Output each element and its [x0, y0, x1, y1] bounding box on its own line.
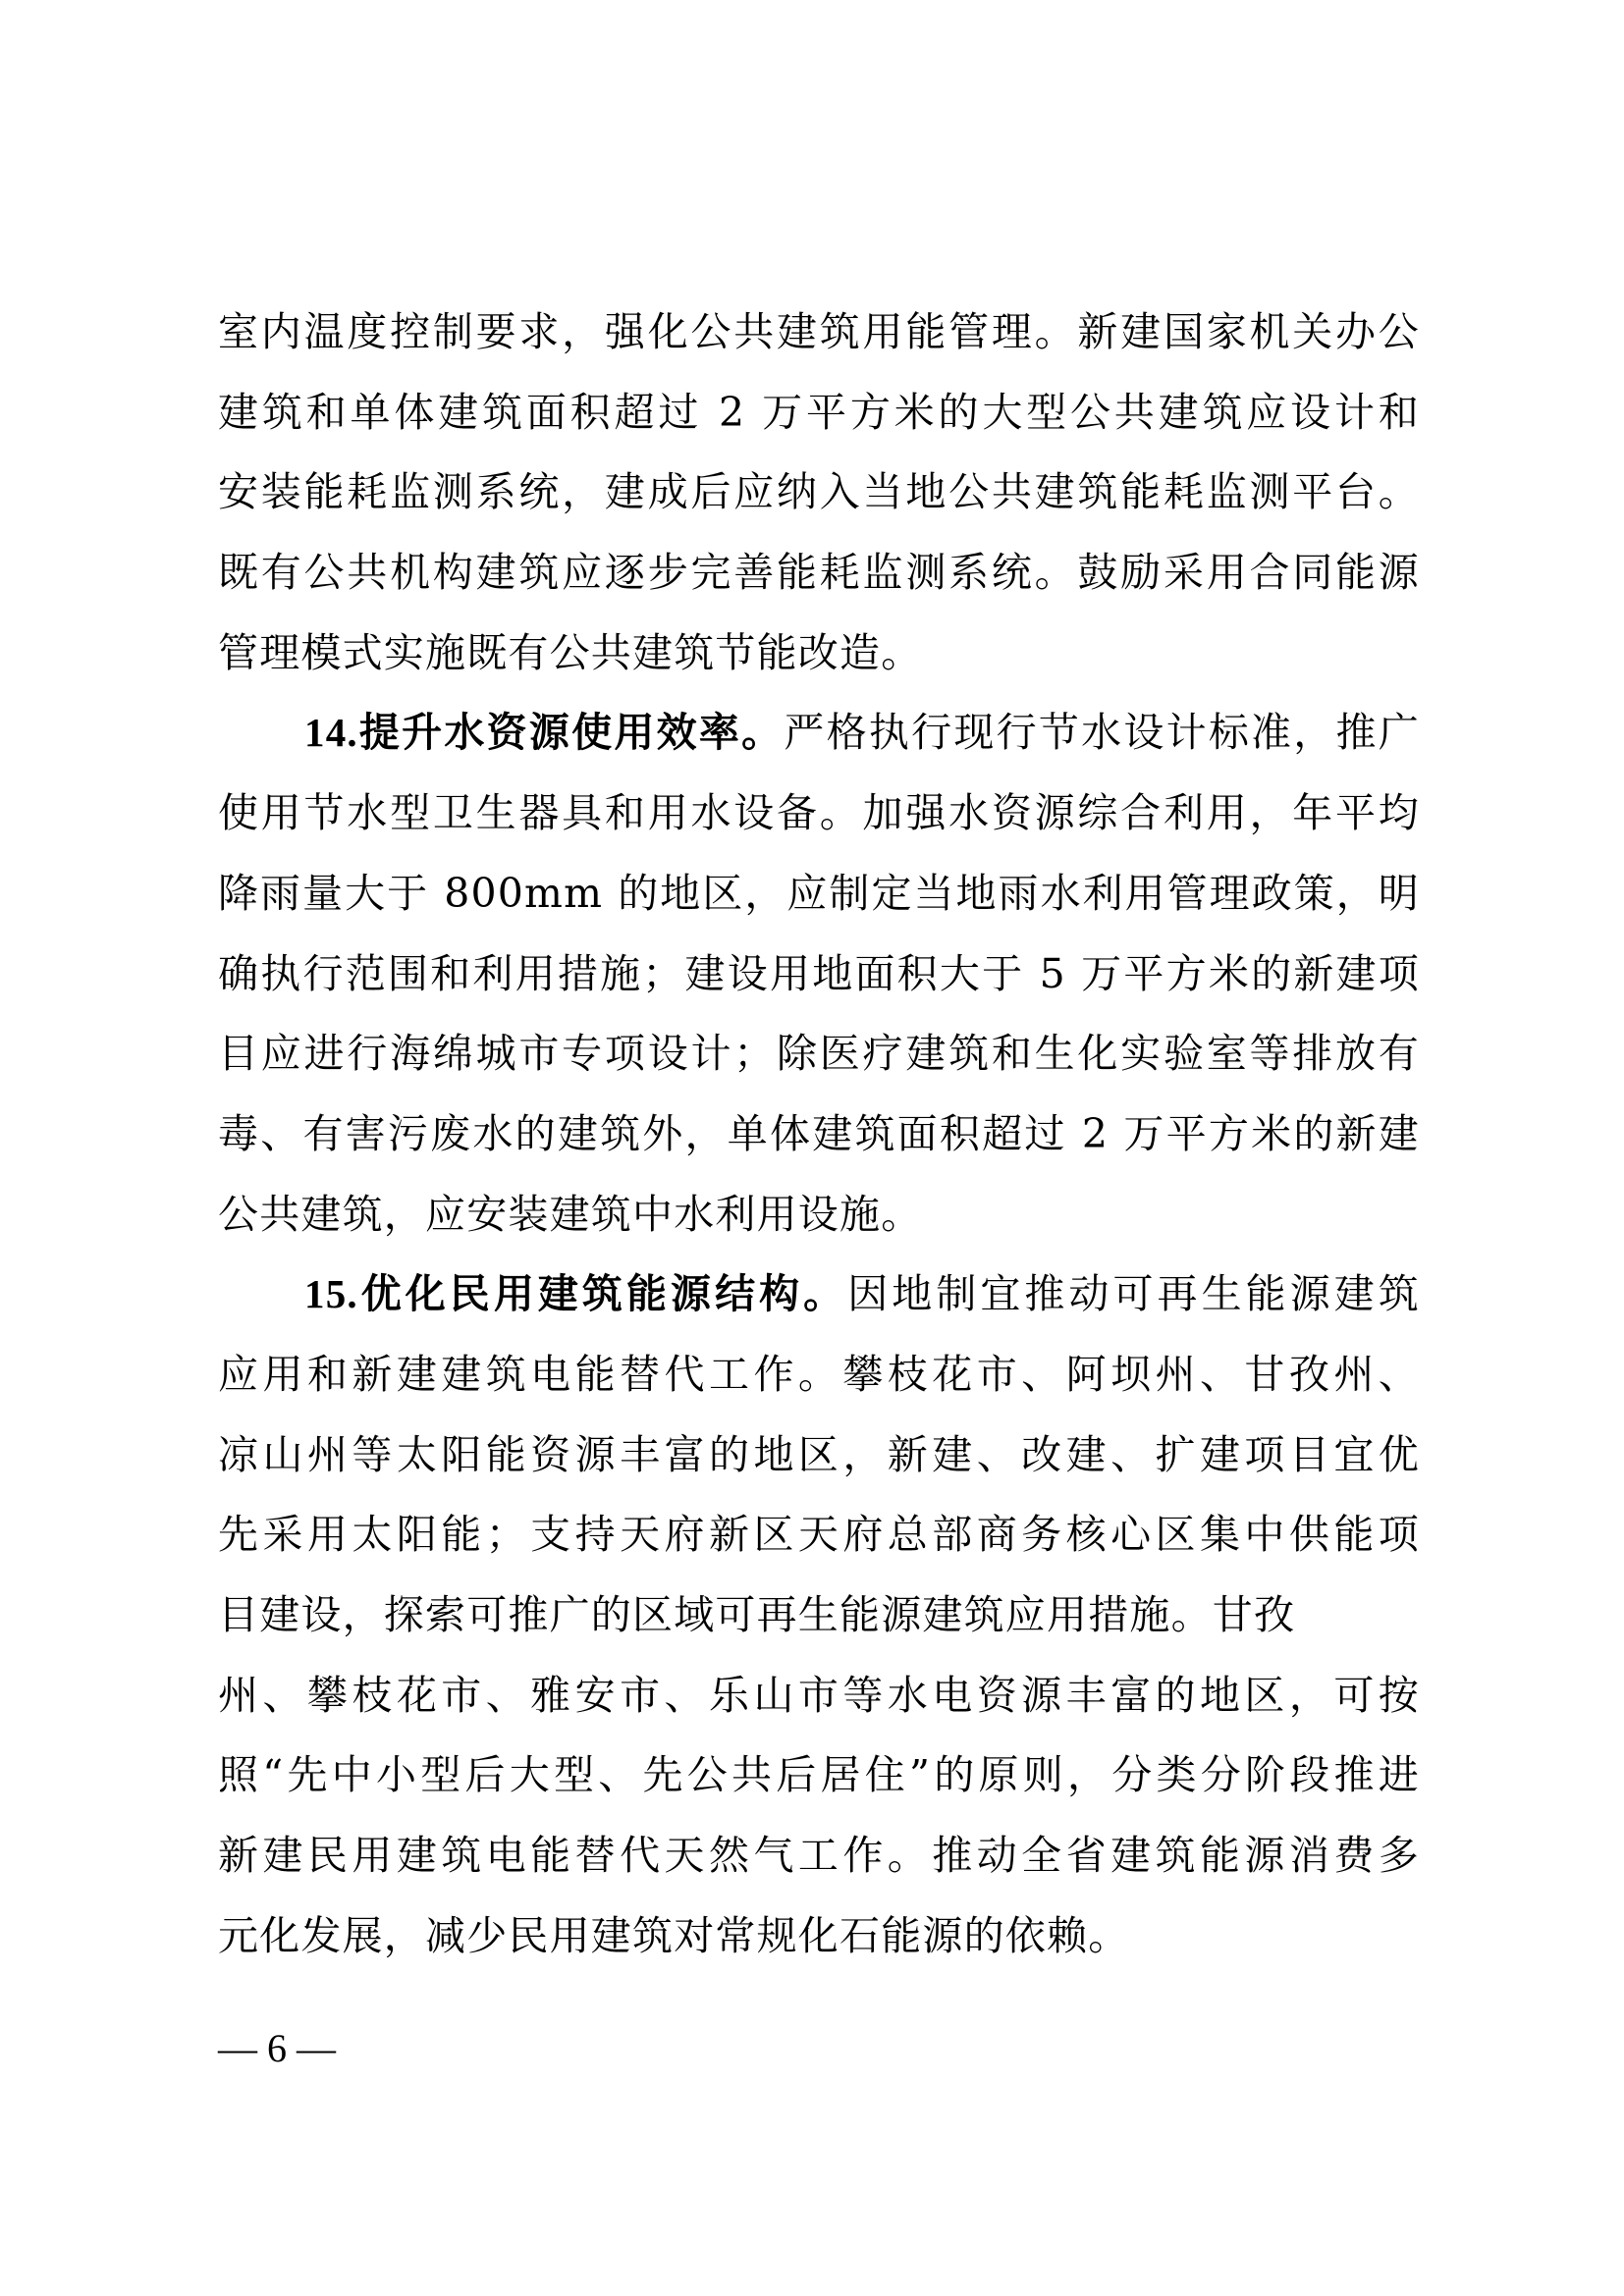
text-line: 元化发展，减少民用建筑对常规化石能源的依赖。	[218, 1905, 1420, 1986]
item-14-first-line: 14.提升水资源使用效率。严格执行现行节水设计标准，推广	[218, 702, 1420, 782]
body-text: 室内温度控制要求，强化公共建筑用能管理。新建国家机关办公 建筑和单体建筑面积超过…	[218, 301, 1426, 1985]
page-number: — 6 —	[218, 2024, 336, 2073]
text-line: 既有公共机构建筑应逐步完善能耗监测系统。鼓励采用合同能源	[218, 542, 1420, 622]
text-line: 凉山州等太阳能资源丰富的地区，新建、改建、扩建项目宜优	[218, 1424, 1420, 1505]
text-line: 毒、有害污废水的建筑外，单体建筑面积超过 2 万平方米的新建	[218, 1103, 1420, 1184]
text-line: 应用和新建建筑电能替代工作。攀枝花市、阿坝州、甘孜州、	[218, 1344, 1420, 1424]
text-line: 目建设，探索可推广的区域可再生能源建筑应用措施。甘孜	[218, 1584, 1420, 1665]
text-line: 室内温度控制要求，强化公共建筑用能管理。新建国家机关办公	[218, 301, 1420, 382]
text-line: 管理模式实施既有公共建筑节能改造。	[218, 622, 1420, 703]
item-15-first-line: 15.优化民用建筑能源结构。因地制宜推动可再生能源建筑	[218, 1263, 1420, 1344]
text-line: 确执行范围和利用措施；建设用地面积大于 5 万平方米的新建项	[218, 943, 1420, 1024]
text-line: 照“先中小型后大型、先公共后居住”的原则，分类分阶段推进	[218, 1744, 1420, 1825]
text-line: 公共建筑，应安装建筑中水利用设施。	[218, 1184, 1420, 1264]
item-15-heading: 15.优化民用建筑能源结构。	[304, 1271, 847, 1316]
text-line: 建筑和单体建筑面积超过 2 万平方米的大型公共建筑应设计和	[218, 382, 1420, 462]
text-line: 新建民用建筑电能替代天然气工作。推动全省建筑能源消费多	[218, 1825, 1420, 1905]
text-line: 州、攀枝花市、雅安市、乐山市等水电资源丰富的地区，可按	[218, 1665, 1420, 1745]
text-line: 降雨量大于 800mm 的地区，应制定当地雨水利用管理政策，明	[218, 863, 1420, 943]
item-15-first-line-text: 因地制宜推动可再生能源建筑	[847, 1270, 1420, 1317]
item-14-first-line-text: 严格执行现行节水设计标准，推广	[784, 709, 1420, 756]
item-14-heading: 14.提升水资源使用效率。	[304, 710, 784, 755]
document-page: 室内温度控制要求，强化公共建筑用能管理。新建国家机关办公 建筑和单体建筑面积超过…	[0, 0, 1624, 2296]
text-line: 目应进行海绵城市专项设计；除医疗建筑和生化实验室等排放有	[218, 1023, 1420, 1103]
text-line: 先采用太阳能；支持天府新区天府总部商务核心区集中供能项	[218, 1504, 1420, 1584]
text-line: 安装能耗监测系统，建成后应纳入当地公共建筑能耗监测平台。	[218, 461, 1420, 542]
text-line: 使用节水型卫生器具和用水设备。加强水资源综合利用，年平均	[218, 782, 1420, 863]
